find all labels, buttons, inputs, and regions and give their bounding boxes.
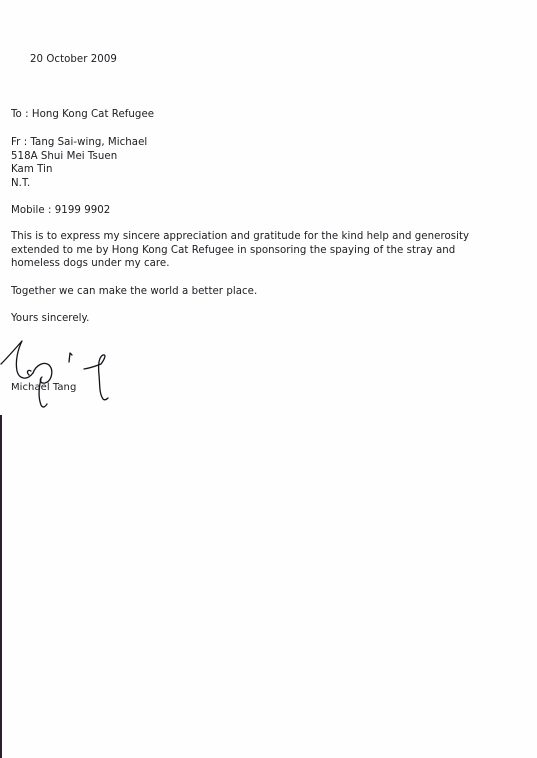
recipient-line: To : Hong Kong Cat Refugee (11, 108, 154, 121)
letter-page: 20 October 2009 To : Hong Kong Cat Refug… (0, 0, 537, 758)
valediction: Yours sincerely. (11, 312, 89, 325)
sender-address-line: N.T. (11, 177, 147, 191)
sender-address: Fr : Tang Sai-wing, Michael 518A Shui Me… (11, 136, 147, 190)
sender-address-line: Kam Tin (11, 163, 147, 177)
scan-edge (0, 415, 2, 758)
closing-remark: Together we can make the world a better … (11, 285, 257, 298)
letter-date: 20 October 2009 (30, 53, 117, 66)
body-line: homeless dogs under my care. (11, 257, 469, 271)
sender-name: Fr : Tang Sai-wing, Michael (11, 136, 147, 150)
sender-address-line: 518A Shui Mei Tsuen (11, 150, 147, 164)
body-line: extended to me by Hong Kong Cat Refugee … (11, 244, 469, 258)
letter-body: This is to express my sincere appreciati… (11, 230, 469, 271)
handwritten-signature (0, 335, 130, 420)
body-line: This is to express my sincere appreciati… (11, 230, 469, 244)
mobile-number: Mobile : 9199 9902 (11, 204, 110, 217)
